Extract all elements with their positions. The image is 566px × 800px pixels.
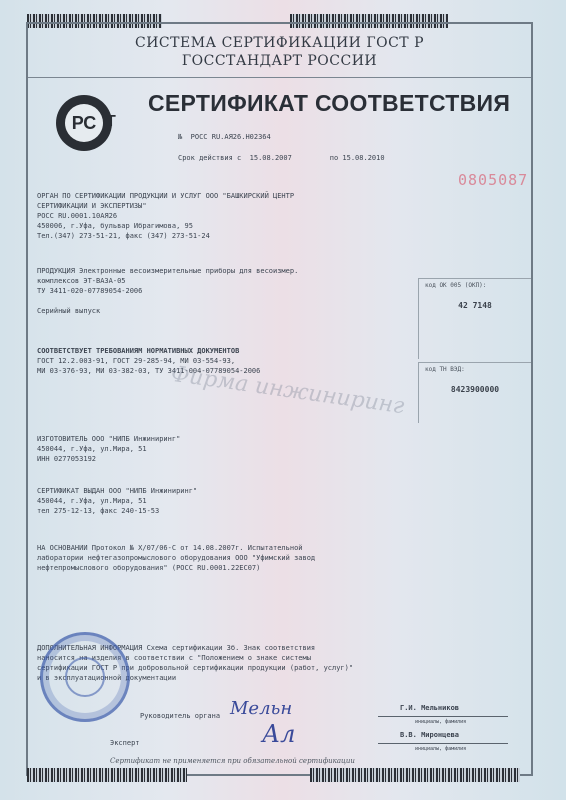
issued-to-section: СЕРТИФИКАТ ВЫДАН ООО "НИПБ Инжиниринг" 4…: [37, 486, 197, 516]
head-name: Г.И. Мельников: [400, 703, 459, 713]
expert-name: В.В. Миронцева: [400, 730, 459, 740]
expert-signature-icon: Ал: [262, 720, 295, 748]
basis-section: НА ОСНОВАНИИ Протокол № Х/07/06-С от 14.…: [37, 543, 315, 573]
official-stamp-icon: [40, 632, 130, 722]
serial-number: 0805087: [458, 171, 528, 189]
tnved-code-box: код ТН ВЭД: 8423900000: [418, 362, 531, 423]
okp-code-box: код ОК 005 (ОКП): 42 7148: [418, 278, 531, 359]
manufacturer-section: ИЗГОТОВИТЕЛЬ ООО "НИПБ Инжиниринг" 45004…: [37, 434, 180, 464]
header-line-1: СИСТЕМА СЕРТИФИКАЦИИ ГОСТ Р: [28, 34, 531, 52]
header-line-2: ГОССТАНДАРТ РОССИИ: [28, 52, 531, 70]
certificate-page: СИСТЕМА СЕРТИФИКАЦИИ ГОСТ Р ГОССТАНДАРТ …: [0, 0, 566, 800]
gost-r-logo-icon: РС Т: [56, 95, 112, 151]
header-divider: [28, 77, 531, 78]
bottom-left-barcode: [27, 768, 187, 782]
bottom-right-barcode: [310, 768, 520, 782]
head-caption: инициалы, фамилия: [415, 717, 466, 727]
footnote: Сертификат не применяется при обязательн…: [110, 757, 355, 765]
system-header: СИСТЕМА СЕРТИФИКАЦИИ ГОСТ Р ГОССТАНДАРТ …: [28, 34, 531, 70]
certification-body: ОРГАН ПО СЕРТИФИКАЦИИ ПРОДУКЦИИ И УСЛУГ …: [37, 191, 294, 241]
validity-period: Срок действия с 15.08.2007 по 15.08.2010: [178, 153, 385, 163]
certificate-number: № РОСС RU.АЯ26.Н02364: [178, 132, 271, 142]
product-section: ПРОДУКЦИЯ Электронные весоизмерительные …: [37, 266, 298, 316]
expert-caption: инициалы, фамилия: [415, 744, 466, 754]
head-signature-icon: Мельн: [230, 698, 292, 719]
expert-label: Эксперт: [110, 738, 140, 748]
head-of-body-label: Руководитель органа: [140, 711, 220, 721]
certificate-title: СЕРТИФИКАТ СООТВЕТСТВИЯ: [148, 90, 510, 117]
